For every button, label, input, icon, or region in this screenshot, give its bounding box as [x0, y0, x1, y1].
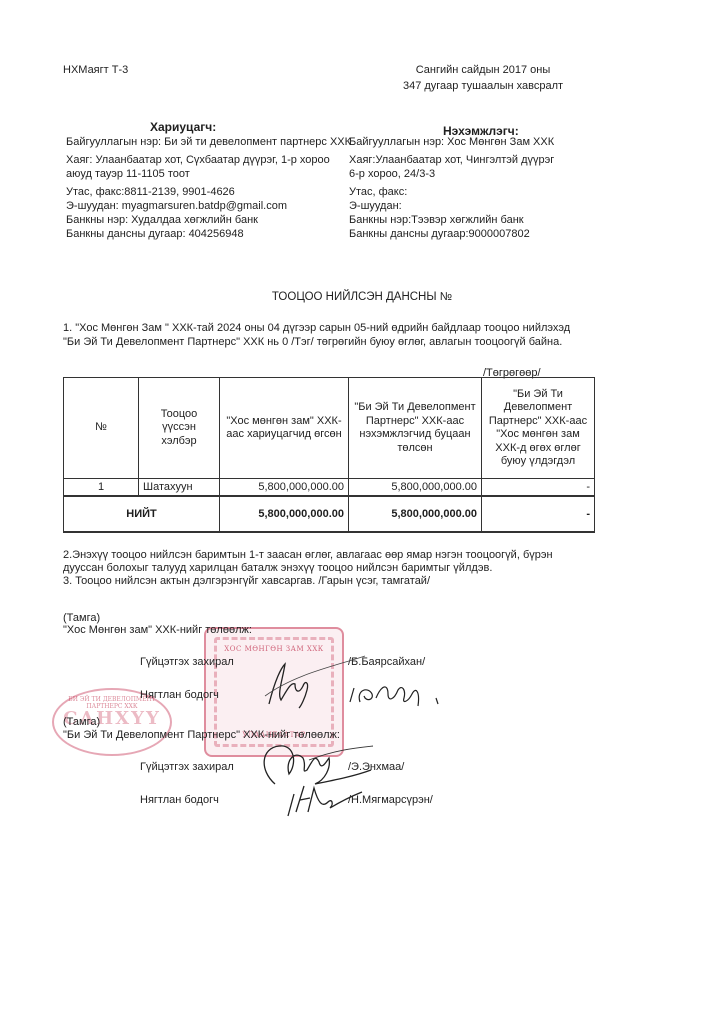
paragraphs-2-3: 2.Энэхүү тооцоо нийлсэн баримтын 1-т заа… — [63, 549, 623, 588]
appendix-line-2: 347 дугаар тушаалын хавсралт — [398, 78, 568, 94]
claimant-stamp-top-text: ХОС МӨНГӨН ЗАМ ХХК — [206, 645, 342, 653]
claimant-phone: Утас, факс: — [349, 185, 589, 199]
header-given: "Хос мөнгөн зам" ХХК-аас хариуцагчид өгс… — [220, 378, 349, 479]
cell-balance: - — [482, 479, 595, 497]
document-title: ТООЦОО НИЙЛСЭН ДАНСНЫ № — [0, 291, 724, 303]
claimant-bank-account: Банкны дансны дугаар:9000007802 — [349, 227, 589, 241]
appendix-line-1: Сангийн сайдын 2017 оны — [398, 62, 568, 78]
total-repaid: 5,800,000,000.00 — [349, 496, 482, 532]
paragraph-3: 3. Тооцоо нийлсэн актын дэлгэрэнгүйг хав… — [63, 575, 623, 588]
paragraph-2-line-2: дууссан болохыг талууд харилцан баталж э… — [63, 562, 623, 575]
reconciliation-table: № Тооцоо үүссэн хэлбэр "Хос мөнгөн зам" … — [63, 377, 595, 533]
respondent-stamp-label: (Тамга) — [63, 716, 100, 728]
table-header-row: № Тооцоо үүссэн хэлбэр "Хос мөнгөн зам" … — [64, 378, 595, 479]
header-balance: "Би Эй Ти Девелопмент Партнерс" ХХК-аас … — [482, 378, 595, 479]
total-given: 5,800,000,000.00 — [220, 496, 349, 532]
table-total-row: НИЙТ 5,800,000,000.00 5,800,000,000.00 - — [64, 496, 595, 532]
total-balance: - — [482, 496, 595, 532]
claimant-stamp-label: (Тамга) — [63, 612, 100, 624]
claimant-block: Нэхэмжлэгч: Байгууллагын нэр: Хос Мөнгөн… — [349, 120, 589, 241]
respondent-email: Э-шуудан: myagmarsuren.batdp@gmail.com — [66, 199, 356, 213]
claimant-accountant-signature — [255, 660, 335, 710]
respondent-bank-name: Банкны нэр: Худалдаа хөгжлийн банк — [66, 213, 356, 227]
claimant-org-name: Байгууллагын нэр: Хос Мөнгөн Зам ХХК — [349, 135, 589, 149]
claimant-email: Э-шуудан: — [349, 199, 589, 213]
paragraph-1: 1. "Хос Мөнгөн Зам " ХХК-тай 2024 оны 04… — [63, 322, 583, 349]
respondent-title: Хариуцагч: — [150, 120, 356, 134]
claimant-address-1: Хаяг:Улаанбаатар хот, Чингэлтэй дүүрэг — [349, 153, 589, 167]
header-no: № — [64, 378, 139, 479]
respondent-address-1: Хаяг: Улаанбаатар хот, Сүхбаатар дүүрэг,… — [66, 153, 356, 167]
total-label: НИЙТ — [64, 496, 220, 532]
respondent-org-name: Байгууллагын нэр: Би эй ти девелопмент п… — [66, 135, 356, 149]
cell-type: Шатахуун — [139, 479, 220, 497]
form-code: НХМаягт Т-3 — [63, 64, 128, 76]
cell-no: 1 — [64, 479, 139, 497]
header-repaid: "Би Эй Ти Девелопмент Партнерс" ХХК-аас … — [349, 378, 482, 479]
respondent-accountant-signature — [284, 782, 364, 818]
respondent-phone: Утас, факс:8811-2139, 9901-4626 — [66, 185, 356, 199]
paragraph-2-line-1: 2.Энэхүү тооцоо нийлсэн баримтын 1-т заа… — [63, 549, 623, 562]
respondent-director-role: Гүйцэтгэх захирал — [140, 761, 234, 773]
claimant-director-signature — [348, 680, 448, 710]
claimant-accountant-role: Нягтлан бодогч — [140, 689, 219, 701]
respondent-address-2: аюуд тауэр 11-1105 тоот — [66, 167, 356, 181]
claimant-bank-name: Банкны нэр:Тээвэр хөгжлийн банк — [349, 213, 589, 227]
respondent-block: Хариуцагч: Байгууллагын нэр: Би эй ти де… — [66, 120, 356, 241]
claimant-representing: "Хос Мөнгөн зам" ХХК-нийг төлөөлж: — [63, 624, 252, 636]
table-row: 1 Шатахуун 5,800,000,000.00 5,800,000,00… — [64, 479, 595, 497]
appendix-note: Сангийн сайдын 2017 оны 347 дугаар тушаа… — [398, 62, 568, 94]
cell-repaid: 5,800,000,000.00 — [349, 479, 482, 497]
cell-given: 5,800,000,000.00 — [220, 479, 349, 497]
header-type: Тооцоо үүссэн хэлбэр — [139, 378, 220, 479]
claimant-director-role: Гүйцэтгэх захирал — [140, 656, 234, 668]
respondent-accountant-role: Нягтлан бодогч — [140, 794, 219, 806]
respondent-bank-account: Банкны дансны дугаар: 404256948 — [66, 227, 356, 241]
claimant-address-2: 6-р хороо, 24/3-3 — [349, 167, 589, 181]
